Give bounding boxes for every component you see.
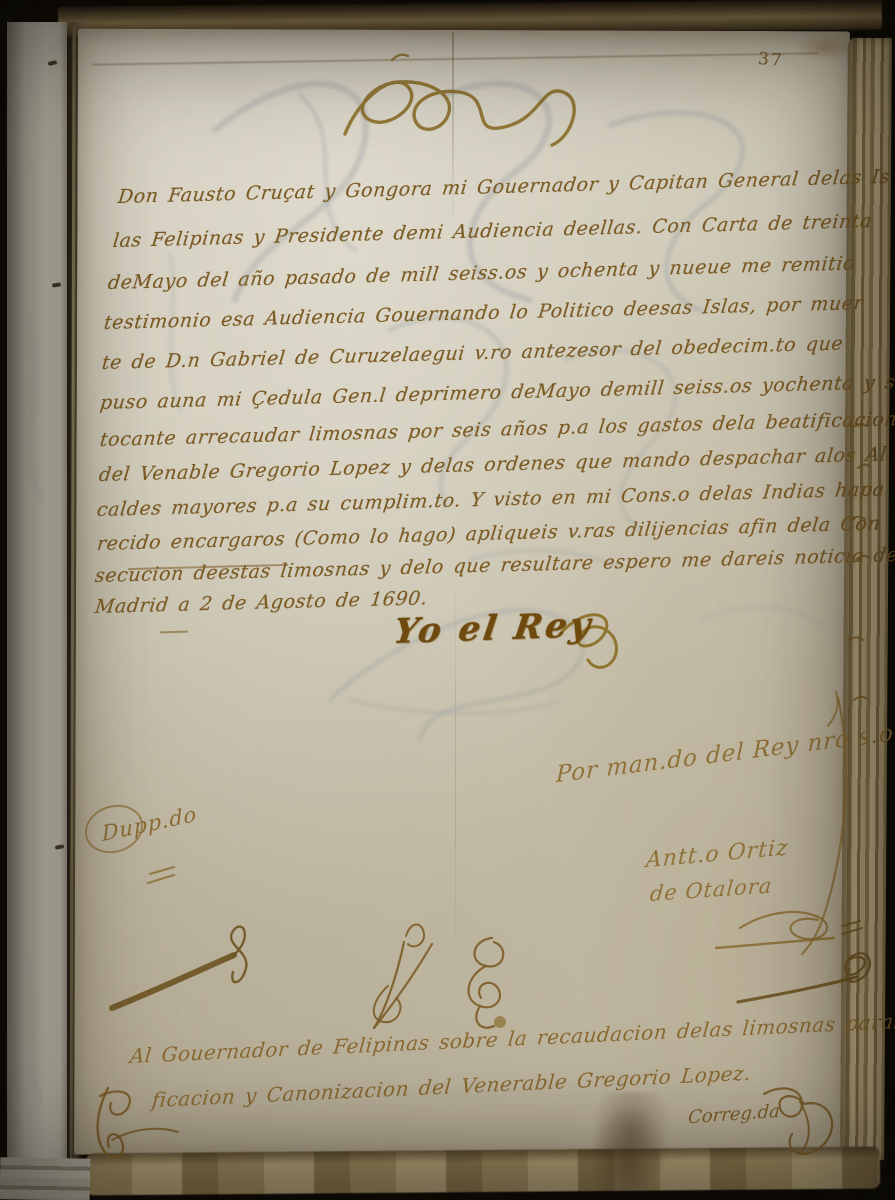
- council-rubric-right: [738, 921, 870, 1002]
- manuscript-photo: 37 Don Fausto Cruçat y Gongora mi Gouern…: [0, 0, 895, 1200]
- secretary-rubric: [740, 912, 827, 939]
- council-rubric-center-2: [469, 938, 506, 1028]
- invocation-flourish: [345, 82, 574, 145]
- ink-smudge: [592, 1092, 672, 1192]
- royal-signature: Yo el Rey: [391, 605, 595, 652]
- folio-number: 37: [757, 49, 784, 71]
- council-rubric-center-1: [374, 924, 432, 1028]
- council-rubric-left: [112, 927, 246, 1008]
